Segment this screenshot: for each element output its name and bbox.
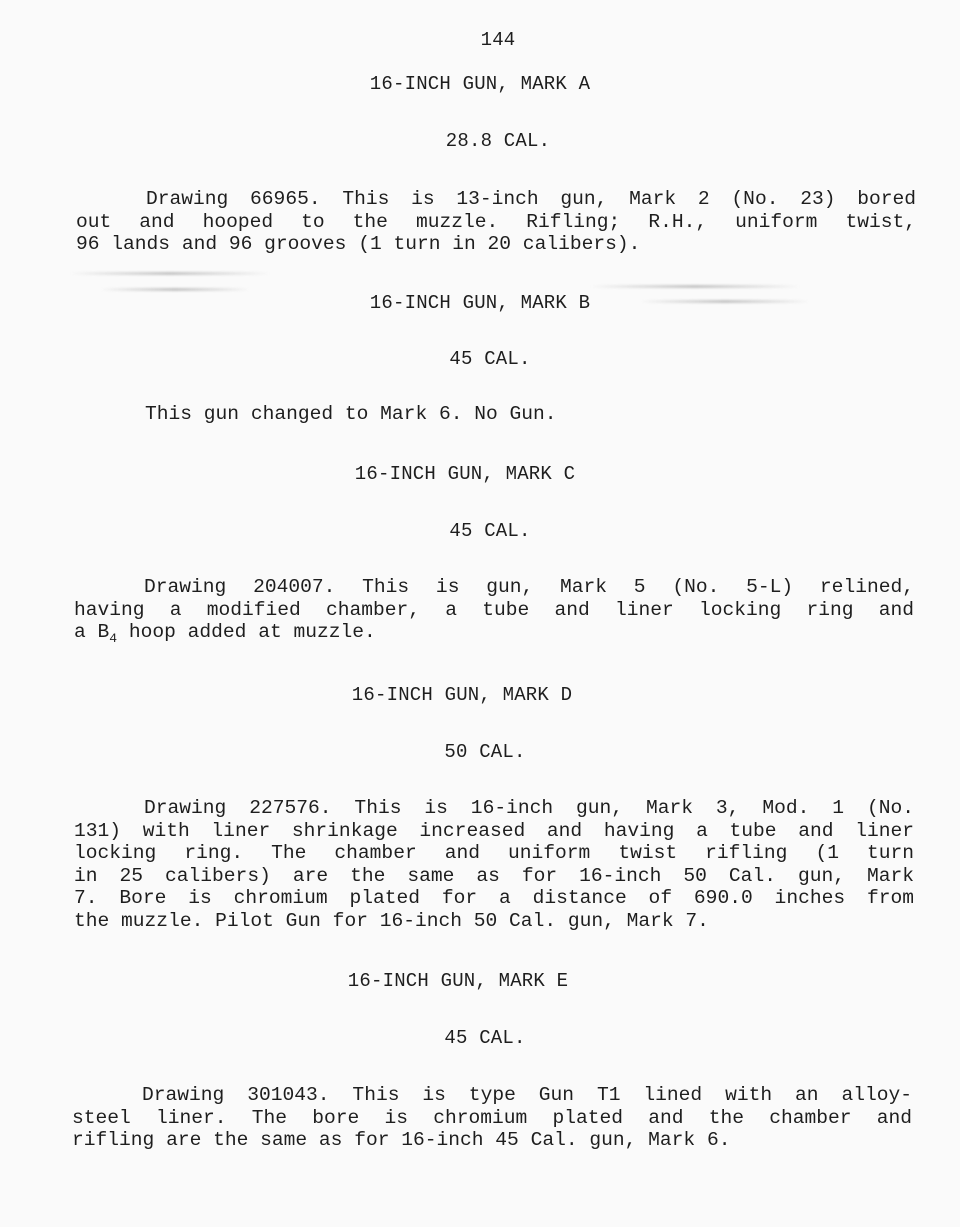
page-number: 144 — [18, 29, 960, 51]
section-heading-mark-b: 16-INCH GUN, MARK B — [0, 292, 960, 314]
body-line: the muzzle. Pilot Gun for 16-inch 50 Cal… — [74, 910, 914, 933]
section-caliber-mark-a: 28.8 CAL. — [18, 130, 960, 152]
body-text: a B — [74, 621, 109, 643]
document-page: 144 16-INCH GUN, MARK A 28.8 CAL. Drawin… — [0, 0, 960, 1227]
body-line: Drawing 66965. This is 13-inch gun, Mark… — [76, 188, 916, 211]
section-caliber-mark-c: 45 CAL. — [10, 520, 960, 542]
section-heading-mark-d: 16-INCH GUN, MARK D — [0, 684, 942, 706]
section-caliber-mark-b: 45 CAL. — [10, 348, 960, 370]
body-text: hoop added at muzzle. — [117, 621, 376, 643]
body-line: steel liner. The bore is chromium plated… — [72, 1107, 912, 1130]
body-line: Drawing 204007. This is gun, Mark 5 (No.… — [74, 576, 914, 599]
body-line: in 25 calibers) are the same as for 16-i… — [74, 865, 914, 888]
section-body-mark-e: Drawing 301043. This is type Gun T1 line… — [72, 1084, 912, 1152]
subscript: 4 — [109, 631, 117, 646]
body-line: rifling are the same as for 16-inch 45 C… — [72, 1129, 912, 1152]
body-line: This gun changed to Mark 6. No Gun. — [145, 403, 960, 426]
body-line: 131) with liner shrinkage increased and … — [74, 820, 914, 843]
body-line: 7. Bore is chromium plated for a distanc… — [74, 887, 914, 910]
section-body-mark-c: Drawing 204007. This is gun, Mark 5 (No.… — [74, 576, 914, 644]
section-body-mark-b: This gun changed to Mark 6. No Gun. — [145, 403, 960, 426]
body-line: 96 lands and 96 grooves (1 turn in 20 ca… — [76, 233, 916, 256]
section-body-mark-d: Drawing 227576. This is 16-inch gun, Mar… — [74, 797, 914, 932]
scan-smudge — [590, 285, 800, 288]
body-line: Drawing 301043. This is type Gun T1 line… — [72, 1084, 912, 1107]
section-heading-mark-c: 16-INCH GUN, MARK C — [0, 463, 945, 485]
body-line: out and hooped to the muzzle. Rifling; R… — [76, 211, 916, 234]
body-line: having a modified chamber, a tube and li… — [74, 599, 914, 622]
body-line: a B4 hoop added at muzzle. — [74, 621, 914, 644]
section-caliber-mark-e: 45 CAL. — [5, 1027, 960, 1049]
section-heading-mark-a: 16-INCH GUN, MARK A — [0, 73, 960, 95]
body-line: locking ring. The chamber and uniform tw… — [74, 842, 914, 865]
section-heading-mark-e: 16-INCH GUN, MARK E — [0, 970, 938, 992]
body-line: Drawing 227576. This is 16-inch gun, Mar… — [74, 797, 914, 820]
section-caliber-mark-d: 50 CAL. — [5, 741, 960, 763]
scan-smudge — [70, 272, 270, 275]
section-body-mark-a: Drawing 66965. This is 13-inch gun, Mark… — [76, 188, 916, 256]
scan-smudge — [100, 288, 250, 291]
